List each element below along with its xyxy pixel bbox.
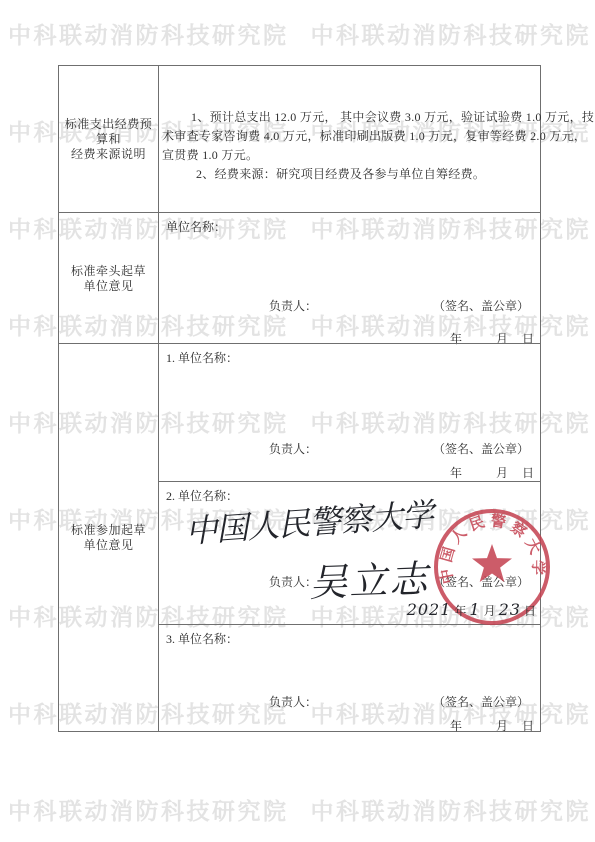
month-label: 月 [496,466,508,480]
day-label: 日 [524,604,536,618]
seal-star-icon [472,544,512,582]
year-label: 年 [450,719,462,733]
watermark-row: 中科联动消防科技研究院中科联动消防科技研究院 [8,793,591,826]
lead-unit-row: 标准牵头起草 单位意见 单位名称： 负责人： （签名、盖公章） 年月日 [59,212,540,344]
participating-unit-section-3: 3. 单位名称： 负责人： （签名、盖公章） 年月日 [159,624,540,732]
month-label: 月 [484,604,496,618]
unit-name-label: 2. 单位名称： [166,487,238,504]
handwritten-signature: 吴立志 [308,548,430,607]
participating-row-label: 标准参加起草 单位意见 [59,344,159,731]
participate-label-line2: 单位意见 [83,538,133,553]
budget-line2: 术审查专家咨询费 4.0 万元，标准印刷出版费 1.0 万元，复审等经费 2.0… [162,127,594,146]
participate-label-line1: 标准参加起草 [71,523,146,538]
handwritten-year-value: 2021 [407,600,452,619]
participating-unit-section-1: 1. 单位名称： 负责人： （签名、盖公章） 年月日 [159,344,540,481]
lead-unit-row-label: 标准牵头起草 单位意见 [59,213,159,344]
document-page: { "watermark": { "text": "中科联动消防科技研究院", … [0,0,595,842]
budget-line3: 宣贯费 1.0 万元。 [162,146,594,165]
responsible-label: 负责人： [269,440,317,457]
sign-seal-note: （签名、盖公章） [433,693,529,710]
watermark-row: 中科联动消防科技研究院中科联动消防科技研究院 [8,17,591,50]
unit-name-label: 3. 单位名称： [166,630,238,647]
budget-row: 标准支出经费预算和 经费来源说明 1、预计总支出 12.0 万元， 其中会议费 … [59,66,540,212]
budget-line1: 1、预计总支出 12.0 万元， 其中会议费 3.0 万元，验证试验费 1.0 … [162,108,594,127]
handwritten-date-line: 2021 年 1 月 23 日 [407,600,536,619]
budget-text: 1、预计总支出 12.0 万元， 其中会议费 3.0 万元，验证试验费 1.0 … [159,66,595,184]
watermark-text: 中科联动消防科技研究院 [8,793,289,826]
responsible-label: 负责人： [269,297,317,314]
responsible-label: 负责人： [269,693,317,710]
watermark-text: 中科联动消防科技研究院 [8,17,289,50]
handwritten-month-value: 1 [469,600,480,619]
handwritten-day-value: 23 [499,600,521,619]
sign-seal-note: （签名、盖公章） [433,297,529,314]
budget-label-line2: 经费来源说明 [71,147,146,162]
budget-row-content: 1、预计总支出 12.0 万元， 其中会议费 3.0 万元，验证试验费 1.0 … [159,66,595,212]
budget-line4: 2、经费来源：研究项目经费及各参与单位自筹经费。 [162,165,594,184]
lead-label-line1: 标准牵头起草 [71,264,146,279]
budget-row-label: 标准支出经费预算和 经费来源说明 [59,66,159,212]
date-placeholder: 年月日 [450,464,534,481]
month-label: 月 [496,719,508,733]
participating-row-content: 1. 单位名称： 负责人： （签名、盖公章） 年月日 2. 单位名称： 中国人民… [159,344,540,731]
lead-unit-row-content: 单位名称： 负责人： （签名、盖公章） 年月日 [159,213,540,344]
watermark-text: 中科联动消防科技研究院 [311,17,592,50]
participating-unit-section-2: 2. 单位名称： 中国人民警察大学 负责人： 吴立志 （签名、盖公章） 2021… [159,481,540,624]
lead-label-line2: 单位意见 [83,279,133,294]
year-label: 年 [450,466,462,480]
participating-units-row: 标准参加起草 单位意见 1. 单位名称： 负责人： （签名、盖公章） 年月日 2… [59,343,540,731]
year-label: 年 [454,604,466,618]
watermark-text: 中科联动消防科技研究院 [311,793,592,826]
unit-name-label: 单位名称： [166,218,226,235]
day-label: 日 [522,466,534,480]
sign-seal-note: （签名、盖公章） [433,440,529,457]
form-table: 标准支出经费预算和 经费来源说明 1、预计总支出 12.0 万元， 其中会议费 … [58,65,541,732]
budget-label-line1: 标准支出经费预算和 [59,117,158,147]
day-label: 日 [522,719,534,733]
unit-name-label: 1. 单位名称： [166,349,238,366]
date-placeholder: 年月日 [450,717,534,734]
